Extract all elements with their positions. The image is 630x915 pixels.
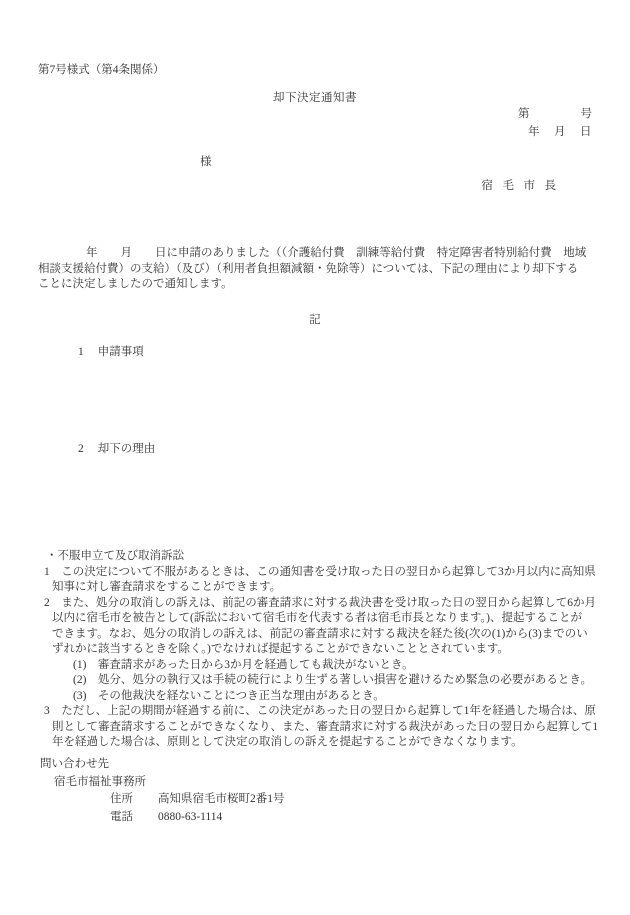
appeal-line: 3 ただし、上記の期間が経過する前に、この決定があった日の翌日から起算して1年を… <box>0 704 630 720</box>
section-rejection-reason: 2却下の理由 <box>78 440 155 456</box>
paragraph-line-2: 相談支援給付費）の支給）（及び）（利用者負担額減額・免除等）については、下記の理… <box>38 262 600 278</box>
record-marker: 記 <box>0 311 630 327</box>
paragraph-line-3: ことに決定しましたので通知します。 <box>38 277 600 293</box>
paragraph-line-1: 年 月 日に申請のありました（（介護給付費 訓練等給付費 特定障害者特別給付費 … <box>38 246 600 262</box>
phone-value: 0880-63-1114 <box>158 811 222 823</box>
appeal-line: 2 また、処分の取消しの訴えは、前記の審査請求に対する裁決書を受け取った日の翌日… <box>0 596 630 612</box>
phone-label: 電話 <box>110 809 158 827</box>
date-line: 年 月 日 <box>528 123 593 139</box>
reference-number-line: 第 号 <box>518 105 593 121</box>
contact-info: 問い合わせ先 宿毛市福祉事務所 住所高知県宿毛市桜町2番1号 電話0880-63… <box>0 756 630 826</box>
address-label: 住所 <box>110 791 158 809</box>
contact-office-name: 宿毛市福祉事務所 <box>0 774 630 792</box>
appeal-line: 則として審査請求することができなくなり、また、審査請求に対する裁決があった日の翌… <box>0 720 630 736</box>
contact-address-row: 住所高知県宿毛市桜町2番1号 <box>0 791 630 809</box>
appeal-line: 知事に対し審査請求をすることができます。 <box>0 580 630 596</box>
section-application-items: 1申請事項 <box>78 343 144 359</box>
appeal-line: 以内に宿毛市を被告として(訴訟において宿毛市を代表する者は宿毛市長となります。)… <box>0 611 630 627</box>
appeal-line: 年を経過した場合は、原則として決定の取消しの訴えを提起することができなくなります… <box>0 735 630 751</box>
main-paragraph: 年 月 日に申請のありました（（介護給付費 訓練等給付費 特定障害者特別給付費 … <box>38 246 600 293</box>
section-label: 申請事項 <box>98 346 144 358</box>
addressee-honorific: 様 <box>200 153 212 169</box>
form-number: 第7号様式（第4条関係） <box>38 61 165 77</box>
appeal-subitem: (1) 審査請求があった日から3か月を経過しても裁決がないとき。 <box>0 658 630 674</box>
section-number: 2 <box>78 443 84 455</box>
sender-mayor-title: 宿 毛 市 長 <box>482 177 556 193</box>
appeal-line: ずれかに該当するときを除く。)でなければ提起することができないこととされています… <box>0 642 630 658</box>
contact-heading: 問い合わせ先 <box>0 756 630 774</box>
section-number: 1 <box>78 346 84 358</box>
rejection-notice-document: 第7号様式（第4条関係） 却下決定通知書 第 号 年 月 日 様 宿 毛 市 長… <box>0 0 630 915</box>
appeal-and-lawsuit-notes: ・不服申立て及び取消訴訟 1 この決定について不服があるときは、この通知書を受け… <box>0 549 630 751</box>
contact-phone-row: 電話0880-63-1114 <box>0 809 630 827</box>
appeal-line: 1 この決定について不服があるときは、この通知書を受け取った日の翌日から起算して… <box>0 565 630 581</box>
appeal-line: できます。なお、処分の取消しの訴えは、前記の審査請求に対する裁決を経た後(次の(… <box>0 627 630 643</box>
appeal-subitem: (2) 処分、処分の執行又は手続の続行により生ずる著しい損害を避けるため緊急の必… <box>0 673 630 689</box>
appeal-heading: ・不服申立て及び取消訴訟 <box>0 549 630 565</box>
appeal-subitem: (3) その他裁決を経ないことにつき正当な理由があるとき。 <box>0 689 630 705</box>
address-value: 高知県宿毛市桜町2番1号 <box>158 793 285 805</box>
section-label: 却下の理由 <box>98 443 156 455</box>
document-title: 却下決定通知書 <box>0 89 630 105</box>
